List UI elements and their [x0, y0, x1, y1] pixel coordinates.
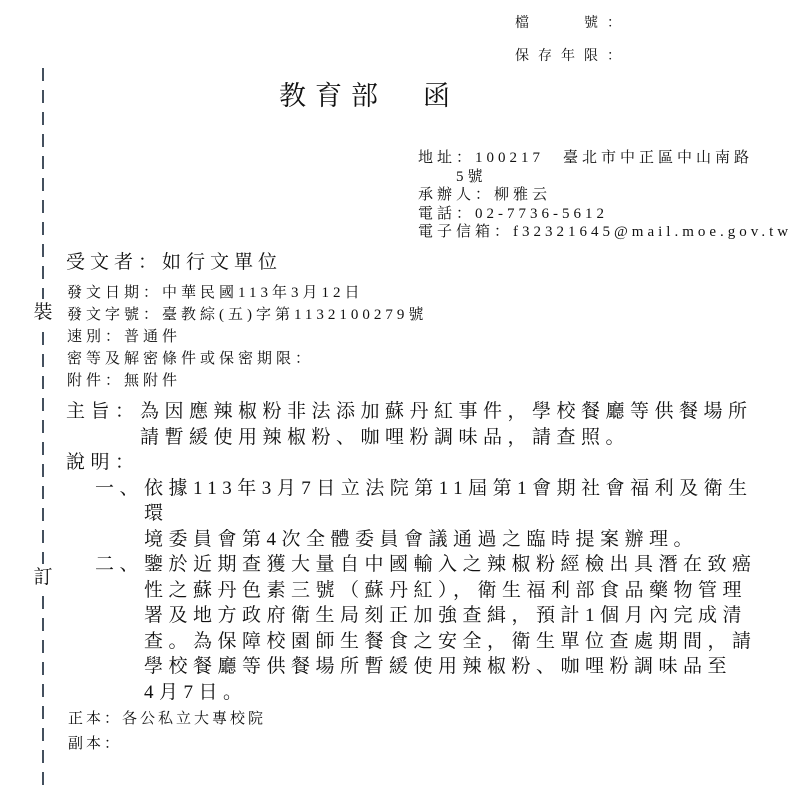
- file-number-label: 檔 號：: [515, 12, 630, 32]
- recipient-line: 受文者：如行文單位: [66, 247, 282, 274]
- meta-issue-date: 發文日期：中華民國113年3月12日: [67, 282, 427, 304]
- official-document-page: 裝 訂 檔 號： 保存年限： 教育部 函 地址：100217 臺北市中正區中山南…: [0, 0, 807, 786]
- subject-text: 為因應辣椒粉非法添加蘇丹紅事件，學校餐廳等供餐場所 請暫緩使用辣椒粉、咖哩粉調味…: [140, 399, 753, 450]
- subject-label: 主旨：: [66, 399, 140, 425]
- document-title: 教育部 函: [279, 74, 459, 113]
- sender-address-line2: 5號: [418, 168, 792, 187]
- document-meta-block: 發文日期：中華民國113年3月12日 發文字號：臺教綜(五)字第11321002…: [67, 282, 427, 392]
- meta-speed-class: 速別：普通件: [67, 326, 427, 348]
- carbon-copy-line: 副本：: [68, 732, 266, 757]
- meta-doc-number: 發文字號：臺教綜(五)字第1132100279號: [67, 304, 427, 326]
- explanation-item-1: 一、 依據113年3月7日立法院第11屆第1會期社會福利及衛生環 境委員會第4次…: [95, 476, 776, 553]
- sender-address-line1: 地址：100217 臺北市中正區中山南路: [418, 149, 792, 168]
- item-1-marker: 一、: [95, 476, 144, 502]
- subject-section: 主旨： 為因應辣椒粉非法添加蘇丹紅事件，學校餐廳等供餐場所 請暫緩使用辣椒粉、咖…: [66, 399, 776, 450]
- document-body: 主旨： 為因應辣椒粉非法添加蘇丹紅事件，學校餐廳等供餐場所 請暫緩使用辣椒粉、咖…: [66, 399, 776, 705]
- copy-distribution-block: 正本：各公私立大專校院 副本：: [68, 707, 266, 757]
- original-copy-line: 正本：各公私立大專校院: [68, 707, 266, 732]
- explanation-label: 說明：: [66, 450, 776, 476]
- retention-period-label: 保存年限：: [515, 45, 630, 65]
- sender-info-block: 地址：100217 臺北市中正區中山南路 5號 承辦人：柳雅云 電話：02-77…: [418, 149, 792, 242]
- item-2-text: 鑒於近期查獲大量自中國輸入之辣椒粉經檢出具潛在致癌 性之蘇丹色素三號（蘇丹紅），…: [144, 552, 757, 705]
- item-2-marker: 二、: [95, 552, 144, 578]
- sender-email: 電子信箱：f32321645@mail.moe.gov.tw: [418, 223, 792, 242]
- sender-contact-person: 承辦人：柳雅云: [418, 186, 792, 205]
- item-1-text: 依據113年3月7日立法院第11屆第1會期社會福利及衛生環 境委員會第4次全體委…: [144, 476, 776, 553]
- meta-security-class: 密等及解密條件或保密期限：: [67, 348, 427, 370]
- binding-dashed-line: [42, 68, 44, 786]
- meta-attachment: 附件：無附件: [67, 370, 427, 392]
- binding-mark-ding: 訂: [30, 564, 56, 591]
- binding-mark-zhuang: 裝: [30, 299, 56, 326]
- sender-phone: 電話：02-7736-5612: [418, 205, 792, 224]
- explanation-item-2: 二、 鑒於近期查獲大量自中國輸入之辣椒粉經檢出具潛在致癌 性之蘇丹色素三號（蘇丹…: [95, 552, 776, 705]
